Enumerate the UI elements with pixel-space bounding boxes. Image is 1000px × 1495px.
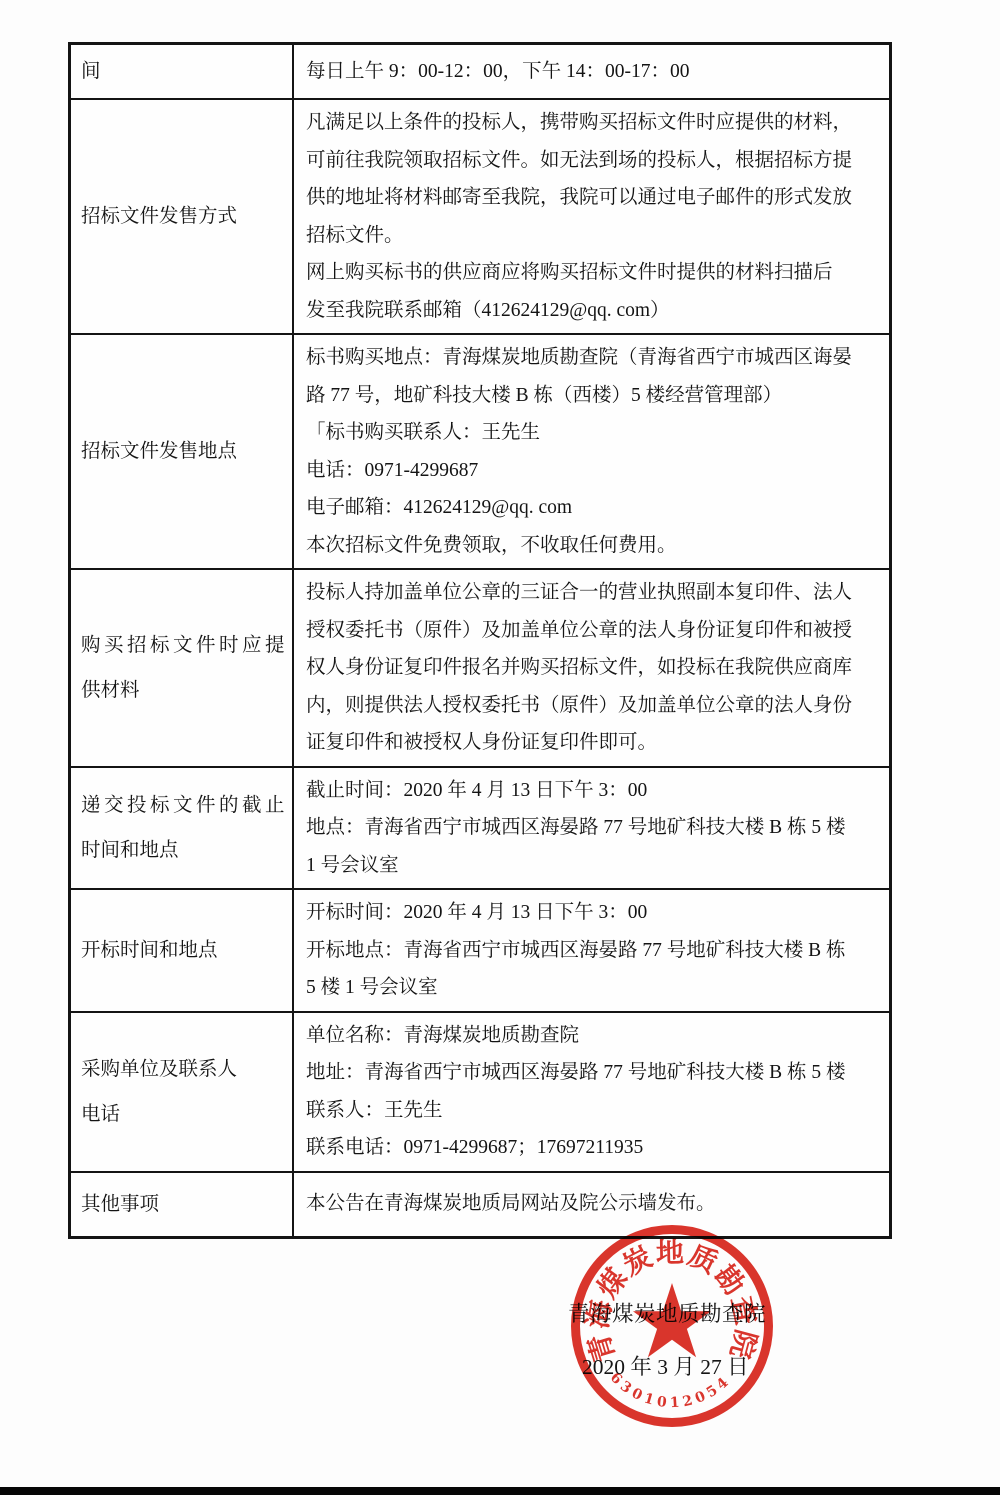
content-line: 证复印件和被授权人身份证复印件即可。 xyxy=(306,724,881,762)
table-row: 招标文件发售地点标书购买地点：青海煤炭地质勘查院（青海省西宁市城西区诲晏路 77… xyxy=(71,333,889,568)
content-line: 「标书购买联系人：王先生 xyxy=(306,414,881,452)
content-line: 联系电话：0971-4299687；17697211935 xyxy=(306,1129,881,1167)
label-line: 招标文件发售地点 xyxy=(81,429,286,474)
table-row: 购买招标文件时应提供材料投标人持加盖单位公章的三证合一的营业执照副本复印件、法人… xyxy=(71,568,889,766)
content-line: 开标时间：2020 年 4 月 13 日下午 3：00 xyxy=(306,894,881,932)
row-content-cell: 开标时间：2020 年 4 月 13 日下午 3：00开标地点：青海省西宁市城西… xyxy=(294,890,889,1011)
row-label-cell: 招标文件发售方式 xyxy=(71,100,294,333)
seal-graphic: 青海煤炭地质勘查院 6301012054940 xyxy=(566,1220,778,1432)
content-line: 电子邮箱：412624129@qq. com xyxy=(306,489,881,527)
content-line: 供的地址将材料邮寄至我院，我院可以通过电子邮件的形式发放 xyxy=(306,179,881,217)
label-line: 其他事项 xyxy=(81,1182,286,1227)
content-line: 投标人持加盖单位公章的三证合一的营业执照副本复印件、法人 xyxy=(306,574,881,612)
label-line: 电话 xyxy=(81,1092,286,1137)
table-row: 采购单位及联系人电话单位名称：青海煤炭地质勘查院地址：青海省西宁市城西区海晏路 … xyxy=(71,1011,889,1171)
label-line: 招标文件发售方式 xyxy=(81,194,286,239)
label-line: 采购单位及联系人 xyxy=(81,1047,286,1092)
row-label-cell: 递交投标文件的截止时间和地点 xyxy=(71,768,294,889)
content-line: 招标文件。 xyxy=(306,217,881,255)
label-line: 开标时间和地点 xyxy=(81,928,286,973)
content-line: 本次招标文件免费领取，不收取任何费用。 xyxy=(306,527,881,565)
content-line: 1 号会议室 xyxy=(306,847,881,885)
row-label-cell: 间 xyxy=(71,45,294,98)
content-line: 授权委托书（原件）及加盖单位公章的法人身份证复印件和被授 xyxy=(306,612,881,650)
content-line: 联系人：王先生 xyxy=(306,1092,881,1130)
content-line: 地址：青海省西宁市城西区海晏路 77 号地矿科技大楼 B 栋 5 楼 xyxy=(306,1054,881,1092)
label-line: 间 xyxy=(81,49,286,94)
seal-star-icon xyxy=(633,1283,711,1357)
row-label-cell: 招标文件发售地点 xyxy=(71,335,294,568)
label-line: 递交投标文件的截止 xyxy=(81,783,286,828)
content-line: 标书购买地点：青海煤炭地质勘查院（青海省西宁市城西区诲晏 xyxy=(306,339,881,377)
label-line: 时间和地点 xyxy=(81,828,286,873)
table-row: 递交投标文件的截止时间和地点截止时间：2020 年 4 月 13 日下午 3：0… xyxy=(71,766,889,889)
content-line: 5 楼 1 号会议室 xyxy=(306,969,881,1007)
content-line: 地点：青海省西宁市城西区海晏路 77 号地矿科技大楼 B 栋 5 楼 xyxy=(306,809,881,847)
row-content-cell: 单位名称：青海煤炭地质勘查院地址：青海省西宁市城西区海晏路 77 号地矿科技大楼… xyxy=(294,1013,889,1171)
content-line: 每日上午 9：00-12：00，下午 14：00-17：00 xyxy=(306,53,881,91)
official-seal: 青海煤炭地质勘查院 6301012054940 xyxy=(566,1220,778,1432)
row-label-cell: 购买招标文件时应提供材料 xyxy=(71,570,294,766)
row-content-cell: 截止时间：2020 年 4 月 13 日下午 3：00地点：青海省西宁市城西区海… xyxy=(294,768,889,889)
content-line: 网上购买标书的供应商应将购买招标文件时提供的材料扫描后 xyxy=(306,254,881,292)
label-line: 购买招标文件时应提 xyxy=(81,623,286,668)
content-line: 单位名称：青海煤炭地质勘查院 xyxy=(306,1017,881,1055)
label-line: 供材料 xyxy=(81,668,286,713)
announcement-table: 间每日上午 9：00-12：00，下午 14：00-17：00招标文件发售方式凡… xyxy=(68,42,892,1239)
content-line: 路 77 号，地矿科技大楼 B 栋（西楼）5 楼经营管理部） xyxy=(306,377,881,415)
row-label-cell: 开标时间和地点 xyxy=(71,890,294,1011)
content-line: 可前往我院领取招标文件。如无法到场的投标人，根据招标方提 xyxy=(306,142,881,180)
table-row: 开标时间和地点开标时间：2020 年 4 月 13 日下午 3：00开标地点：青… xyxy=(71,888,889,1011)
row-label-cell: 采购单位及联系人电话 xyxy=(71,1013,294,1171)
content-line: 电话：0971-4299687 xyxy=(306,452,881,490)
content-line: 发至我院联系邮箱（412624129@qq. com） xyxy=(306,292,881,330)
table-row: 招标文件发售方式凡满足以上条件的投标人，携带购买招标文件时应提供的材料，可前往我… xyxy=(71,98,889,333)
content-line: 内，则提供法人授权委托书（原件）及加盖单位公章的法人身份 xyxy=(306,687,881,725)
row-content-cell: 每日上午 9：00-12：00，下午 14：00-17：00 xyxy=(294,45,889,98)
content-line: 凡满足以上条件的投标人，携带购买招标文件时应提供的材料， xyxy=(306,104,881,142)
row-label-cell: 其他事项 xyxy=(71,1173,294,1236)
content-line: 开标地点：青海省西宁市城西区海晏路 77 号地矿科技大楼 B 栋 xyxy=(306,932,881,970)
table-row: 间每日上午 9：00-12：00，下午 14：00-17：00 xyxy=(71,45,889,98)
content-line: 截止时间：2020 年 4 月 13 日下午 3：00 xyxy=(306,772,881,810)
content-line: 权人身份证复印件报名并购买招标文件，如投标在我院供应商库 xyxy=(306,649,881,687)
content-line: 本公告在青海煤炭地质局网站及院公示墙发布。 xyxy=(306,1185,881,1223)
row-content-cell: 投标人持加盖单位公章的三证合一的营业执照副本复印件、法人授权委托书（原件）及加盖… xyxy=(294,570,889,766)
row-content-cell: 凡满足以上条件的投标人，携带购买招标文件时应提供的材料，可前往我院领取招标文件。… xyxy=(294,100,889,333)
row-content-cell: 标书购买地点：青海煤炭地质勘查院（青海省西宁市城西区诲晏路 77 号，地矿科技大… xyxy=(294,335,889,568)
document-page: { "table": { "rows": [ { "label_lines": … xyxy=(0,0,1000,1495)
scan-bottom-edge xyxy=(0,1487,1000,1495)
